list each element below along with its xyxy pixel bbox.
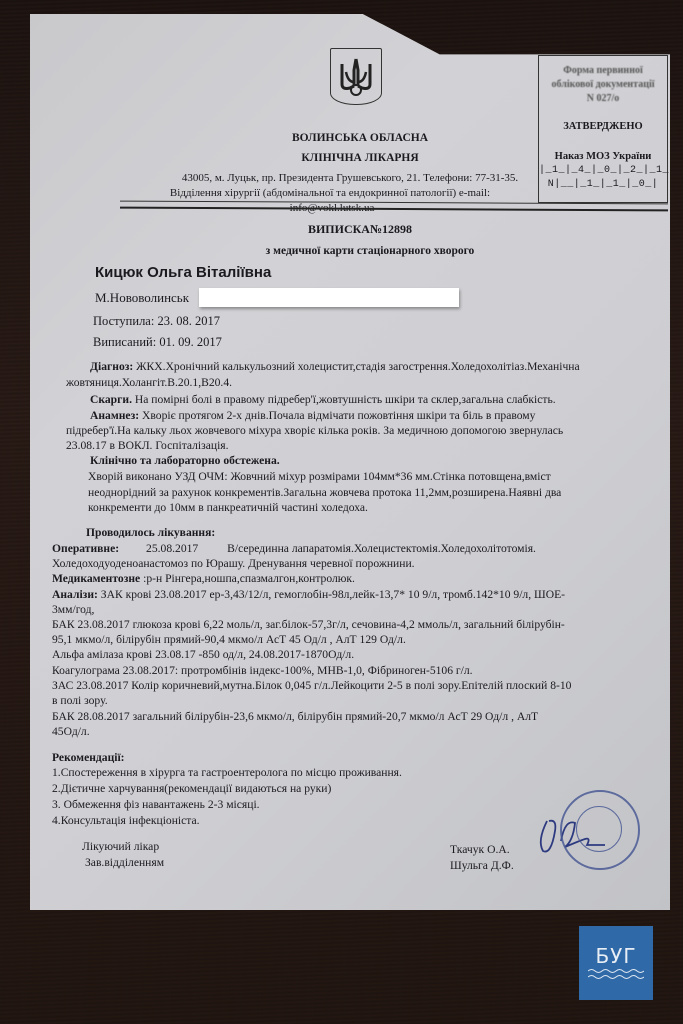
head-name: Шульга Д.Ф. — [450, 859, 514, 872]
examination-heading: Клінічно та лабораторно обстежена. — [90, 454, 280, 467]
order-date-digits: |_1_|_4_|_0_|_2_|_1_|_2_| — [539, 164, 667, 178]
analyses-line-5: Альфа амілаза крові 23.08.17 -850 од/л, … — [52, 648, 354, 661]
recommendations-heading: Рекомендації: — [52, 751, 125, 764]
operative-line-1: Оперативне: 25.08.2017 В/серединна лапар… — [52, 542, 536, 555]
recommendation-4: 4.Консультація інфекціоніста. — [52, 814, 200, 827]
approved-label: ЗАТВЕРДЖЕНО — [539, 120, 667, 134]
recommendation-2: 2.Дієтичне харчування(рекомендації видаю… — [52, 782, 331, 795]
hospital-name-line-2: КЛІНІЧНА ЛІКАРНЯ — [210, 152, 510, 164]
analyses-line-3: БАК 23.08.2017 глюкоза крові 6,22 моль/л… — [52, 618, 565, 631]
complaints: Скарги. На помірні болі в правому підреб… — [90, 393, 556, 406]
anamnesis-line-2: підребер'ї.На кальку льох жовчевого міху… — [66, 424, 563, 437]
analyses-label: Аналізи: — [52, 588, 98, 601]
hospital-name-line-1: ВОЛИНСЬКА ОБЛАСНА — [210, 132, 510, 144]
analyses-line-6: Коагулограма 23.08.2017: протромбінів ін… — [52, 664, 473, 677]
doctor-name: Ткачук О.А. — [450, 843, 510, 856]
order-label: Наказ МОЗ України — [539, 150, 667, 164]
complaints-label: Скарги. — [90, 393, 132, 406]
operative-line-2: Холедоходуоденоанастомоз по Юрашу. Дрену… — [52, 557, 415, 570]
ukraine-trident-emblem-icon — [330, 48, 382, 105]
hospital-address: 43005, м. Луцьк, пр. Президента Грушевсь… — [150, 171, 550, 186]
examination-line-2: неоднорідний за рахунок конкрементів.Заг… — [88, 486, 561, 499]
examination-line-3: конкременти до 10мм в панкреатичній част… — [88, 501, 368, 514]
anamnesis-label: Анамнез: — [90, 409, 139, 422]
document-subtitle: з медичної карти стаціонарного хворого — [190, 245, 550, 257]
diagnosis-label: Діагноз: — [90, 360, 133, 373]
stamp-inner-ring — [576, 806, 622, 852]
logo-text: БУГ — [595, 945, 636, 967]
examination-line-1: Хворій виконано УЗД ОЧМ: Жовчний міхур р… — [88, 470, 551, 483]
recommendation-3: 3. Обмеження фіз навантажень 2-3 місяці. — [52, 798, 260, 811]
analyses-line-7: ЗАС 23.08.2017 Колір коричневий,мутна.Бі… — [52, 679, 571, 692]
patient-city: М.Нововолинськ — [95, 290, 189, 306]
diagnosis-line-1: Діагноз: ЖКХ.Хронічний калькульозний хол… — [90, 360, 580, 373]
form-027-box: Форма первинної облікової документації N… — [538, 55, 668, 203]
form-line-2: облікової документації — [539, 78, 667, 92]
operative-date: 25.08.2017 — [146, 542, 198, 555]
admitted-label: Поступила: — [93, 314, 154, 328]
diagnosis-line-2: жовтяниця.Холангіт.В.20.1,В20.4. — [66, 376, 232, 389]
analyses-line-10: 45Од/л. — [52, 725, 90, 738]
waves-icon — [588, 967, 644, 981]
admitted-date: 23. 08. 2017 — [157, 314, 220, 328]
treatment-heading: Проводилось лікування: — [86, 526, 215, 539]
doctor-label: Лікуючий лікар — [82, 840, 159, 853]
department-line: Відділення хірургії (абдомінальної та ен… — [130, 186, 530, 201]
analyses-line-9: БАК 28.08.2017 загальний білірубін-23,6 … — [52, 710, 538, 723]
admission-row: Поступила: 23. 08. 2017 — [93, 314, 220, 329]
doctor-stamp — [560, 790, 640, 870]
analyses-line-8: в полі зору. — [52, 694, 108, 707]
recommendation-1: 1.Спостереження в хірурга та гастроентер… — [52, 766, 402, 779]
order-number-digits: N|__|_1_|_1_|_0_| — [539, 178, 667, 192]
analyses-line-4: 95,1 мкмо/л, білірубін прямий-90,4 мкмо/… — [52, 633, 406, 646]
medication-line: Медикаментозне :р-н Рінгера,ношпа,спазма… — [52, 572, 355, 585]
anamnesis-line-1: Анамнез: Хворіє протягом 2-х днів.Почала… — [90, 409, 535, 422]
medication-label: Медикаментозне — [52, 572, 140, 585]
discharged-date: 01. 09. 2017 — [159, 335, 222, 349]
discharge-row: Виписаний: 01. 09. 2017 — [93, 335, 222, 350]
form-line-1: Форма первинної — [539, 64, 667, 78]
discharged-label: Виписаний: — [93, 335, 156, 349]
discharge-document: Форма первинної облікової документації N… — [30, 14, 670, 910]
bug-watermark-logo: БУГ — [579, 926, 653, 1000]
analyses-line-2: 3мм/год, — [52, 603, 94, 616]
analyses-line-1: Аналізи: ЗАК крові 23.08.2017 ер-3,43/12… — [52, 588, 565, 601]
anamnesis-line-3: 23.08.17 в ВОКЛ. Госпіталізація. — [66, 439, 229, 452]
document-title: ВИПИСКА№12898 — [230, 222, 490, 237]
redacted-address — [199, 288, 459, 307]
patient-name: Кицюк Ольга Віталіївна — [95, 264, 271, 281]
head-label: Зав.відділенням — [85, 856, 164, 869]
form-number: N 027/о — [539, 92, 667, 106]
operative-label: Оперативне: — [52, 542, 119, 555]
